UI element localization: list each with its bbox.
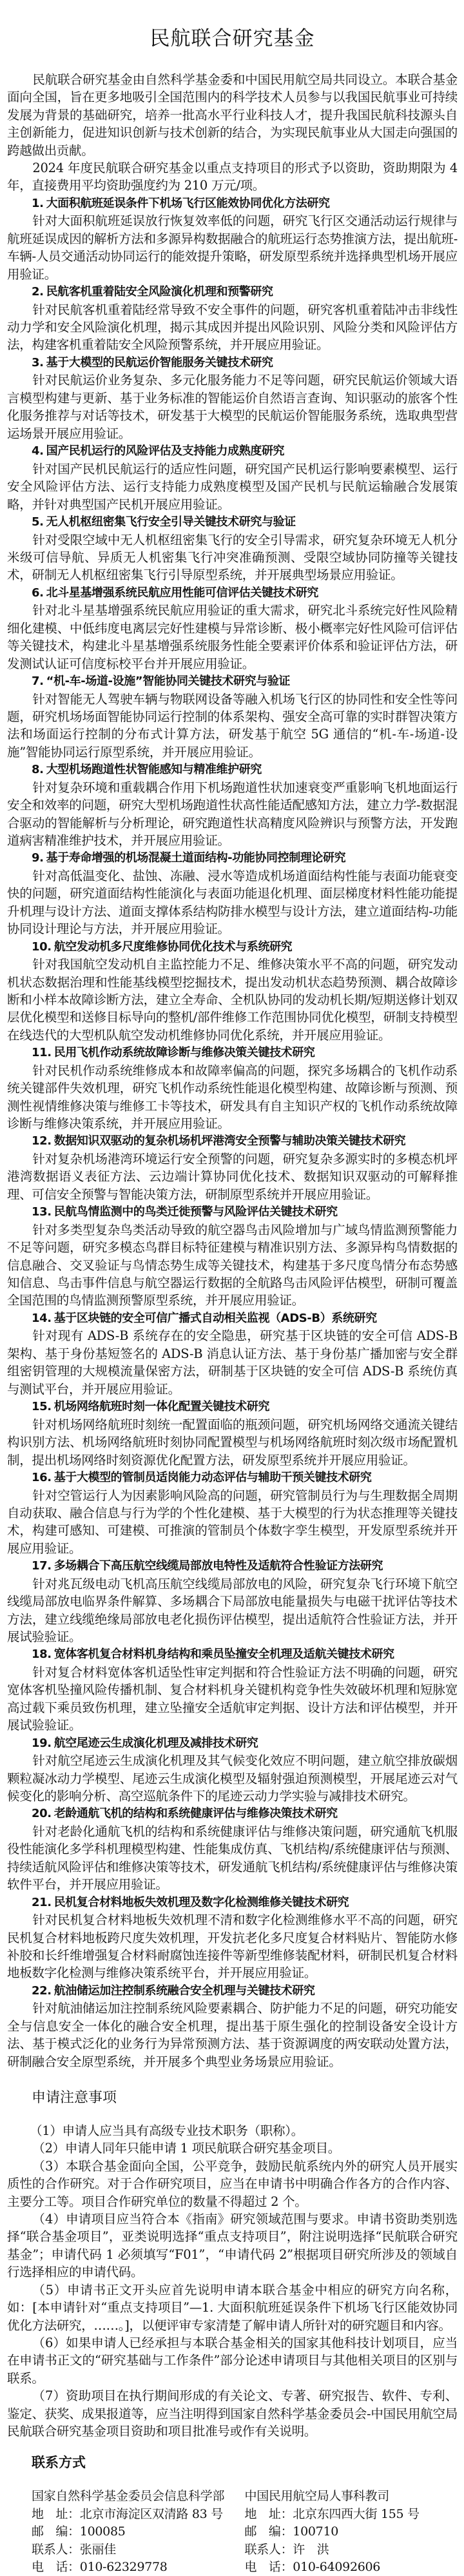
- topic-item: 4.国产民机运行的风险评估及支持能力成熟度研究针对国产民机民航运行的适应性问题，…: [7, 442, 458, 513]
- topic-description: 针对兆瓦级电动飞机高压航空线缆局部放电的风险，研究复杂飞行环境下航空线缆局部放电…: [7, 1575, 458, 1646]
- contact-phone: 电 话：010-64092606: [245, 2559, 458, 2576]
- contact-phone: 电 话：010-62329778: [32, 2559, 245, 2576]
- topic-number: 21.: [32, 1896, 52, 1909]
- topic-title: 7.“机-车-场道-设施”智能协同关键技术研究与验证: [7, 673, 458, 691]
- topic-item: 18.宽体客机复合材料机身结构和乘员坠撞安全机理及适航关键技术研究针对复合材料宽…: [7, 1646, 458, 1734]
- topic-item: 15.机场网络航班时刻一体化配置关键技术研究针对机场网络航班时刻统一配置面临的瓶…: [7, 1398, 458, 1469]
- topic-title-text: “机-车-场道-设施”智能协同关键技术研究与验证: [46, 674, 290, 688]
- topic-title: 22.航油储运加注控制系统融合安全机理与关键技术研究: [7, 1982, 458, 2000]
- topic-item: 6.北斗星基增强系统民航应用性能可信评估关键技术研究针对北斗星基增强系统民航应用…: [7, 584, 458, 673]
- topic-number: 7.: [32, 674, 44, 688]
- topic-title: 14.基于区块链的安全可信广播式自动相关监视（ADS-B）系统研究: [7, 1310, 458, 1328]
- topic-title: 21.民机复合材料地板失效机理及数字化检测维修关键技术研究: [7, 1894, 458, 1912]
- topic-number: 16.: [32, 1471, 52, 1484]
- topic-title-text: 无人机枢纽密集飞行安全引导关键技术研究与验证: [46, 515, 296, 529]
- topic-title: 19.航空尾迹云生成演化机理及减排技术研究: [7, 1735, 458, 1753]
- topic-title-text: 宽体客机复合材料机身结构和乘员坠撞安全机理及适航关键技术研究: [54, 1647, 394, 1661]
- topic-title: 12.数据知识双驱动的复杂机场机坪港湾安全预警与辅助决策关键技术研究: [7, 1132, 458, 1150]
- topic-number: 10.: [32, 940, 52, 954]
- intro-section: 民航联合研究基金由自然科学基金委和中国民用航空局共同设立。本联合基金面向全国，旨…: [7, 71, 458, 195]
- topic-title-text: 基于大模型的管制员适岗能力动态评估与辅助干预关键技术研究: [54, 1471, 372, 1484]
- note-item: （6）如果申请人已经承担与本联合基金相关的国家其他科技计划项目，应当在申请书正文…: [7, 2334, 458, 2387]
- topic-title: 10.航空发动机多尺度维修协同优化技术与系统研究: [7, 938, 458, 956]
- topic-item: 21.民机复合材料地板失效机理及数字化检测维修关键技术研究针对民机复合材料地板失…: [7, 1894, 458, 1982]
- topic-description: 针对机场网络航班时刻统一配置面临的瓶颈问题，研究机场网络交通流关键结构识别方法、…: [7, 1416, 458, 1469]
- topic-item: 3.基于大模型的民航运价智能服务关键技术研究针对民航运价业务复杂、多元化服务能力…: [7, 354, 458, 442]
- topic-number: 6.: [32, 586, 44, 600]
- topic-item: 1.大面积航班延误条件下机场飞行区能效协同优化方法研究针对大面积航班延误放行恢复…: [7, 195, 458, 283]
- topic-list: 1.大面积航班延误条件下机场飞行区能效协同优化方法研究针对大面积航班延误放行恢复…: [7, 195, 458, 2070]
- topic-description: 针对大面积航班延误放行恢复效率低的问题，研究飞行区交通活动运行规律与航班延误成因…: [7, 212, 458, 283]
- topic-description: 针对北斗星基增强系统民航应用验证的重大需求，研究北斗系统完好性风险精细化建模、中…: [7, 602, 458, 673]
- topic-description: 针对空管运行人为因素影响风险高的问题，研究管制员行为与生理数据全周期自动获取、融…: [7, 1487, 458, 1558]
- notes-section: 申请注意事项 （1）申请人应当具有高级专业技术职务（职称）。 （2）申请人同年只…: [7, 2089, 458, 2440]
- note-item: （4）申请项目应当符合本《指南》研究领域范围与要求。申请书资助类别选择“联合基金…: [7, 2210, 458, 2281]
- topic-title-text: 基于大模型的民航运价智能服务关键技术研究: [46, 356, 273, 369]
- topic-title: 18.宽体客机复合材料机身结构和乘员坠撞安全机理及适航关键技术研究: [7, 1646, 458, 1664]
- topic-description: 针对复杂机场港湾环境运行安全预警的问题，研究复杂多源实时的多模态机坪港湾数据语义…: [7, 1150, 458, 1203]
- contact-caac: 中国民用航空局人事科教司 地 址：北京东四西大街 155 号 邮 编：10071…: [245, 2488, 458, 2576]
- topic-title-text: 航空尾迹云生成演化机理及减排技术研究: [54, 1736, 258, 1750]
- topic-title-text: 民航客机重着陆安全风险演化机理和预警研究: [46, 285, 273, 299]
- topic-title: 3.基于大模型的民航运价智能服务关键技术研究: [7, 354, 458, 372]
- topic-item: 9.基于寿命增强的机场混凝土道面结构-功能协同控制理论研究针对高低温变化、盐蚀、…: [7, 849, 458, 938]
- topic-title-text: 航油储运加注控制系统融合安全机理与关键技术研究: [54, 1984, 315, 1998]
- topic-title-text: 民机复合材料地板失效机理及数字化检测维修关键技术研究: [54, 1896, 349, 1909]
- topic-description: 针对智能无人驾驶车辆与物联网设备等融入机场飞行区的协同性和安全性等问题，研究机场…: [7, 691, 458, 762]
- topic-item: 5.无人机枢纽密集飞行安全引导关键技术研究与验证针对受限空域中无人机枢纽密集飞行…: [7, 513, 458, 584]
- topic-number: 2.: [32, 285, 44, 299]
- topic-title-text: 大面积航班延误条件下机场飞行区能效协同优化方法研究: [46, 197, 330, 210]
- topic-item: 7.“机-车-场道-设施”智能协同关键技术研究与验证针对智能无人驾驶车辆与物联网…: [7, 673, 458, 761]
- intro-paragraph: 民航联合研究基金由自然科学基金委和中国民用航空局共同设立。本联合基金面向全国，旨…: [7, 71, 458, 159]
- topic-title: 1.大面积航班延误条件下机场飞行区能效协同优化方法研究: [7, 195, 458, 213]
- note-item: （7）资助项目在执行期间形成的有关论文、专著、研究报告、软件、专利、鉴定、获奖、…: [7, 2387, 458, 2440]
- topic-item: 2.民航客机重着陆安全风险演化机理和预警研究针对民航客机重着陆经常导致不安全事件…: [7, 283, 458, 354]
- topic-description: 针对国产民机民航运行的适应性问题，研究国产民机运行影响要素模型、运行安全风险评估…: [7, 460, 458, 513]
- topic-title: 8.大型机场跑道性状智能感知与精准维护研究: [7, 761, 458, 779]
- document-page: 民航联合研究基金 民航联合研究基金由自然科学基金委和中国民用航空局共同设立。本联…: [0, 0, 464, 2576]
- contact-columns: 国家自然科学基金委员会信息科学部 地 址：北京市海淀区双清路 83 号 邮 编：…: [7, 2488, 458, 2576]
- contact-person: 联系人：许 洪: [245, 2541, 458, 2559]
- notes-heading: 申请注意事项: [7, 2089, 458, 2108]
- topic-item: 13.民航鸟情监测中的鸟类迁徙预警与风险评估关键技术研究针对多类型复杂鸟类活动导…: [7, 1203, 458, 1310]
- topic-title-text: 大型机场跑道性状智能感知与精准维护研究: [46, 763, 262, 776]
- contact-section: 联系方式 国家自然科学基金委员会信息科学部 地 址：北京市海淀区双清路 83 号…: [7, 2453, 458, 2576]
- contact-org: 国家自然科学基金委员会信息科学部: [32, 2488, 245, 2505]
- topic-item: 20.老龄通航飞机的结构和系统健康评估与维修决策技术研究针对老龄化通航飞机的结构…: [7, 1805, 458, 1893]
- topic-title: 13.民航鸟情监测中的鸟类迁徙预警与风险评估关键技术研究: [7, 1203, 458, 1221]
- intro-paragraph: 2024 年度民航联合研究基金以重点支持项目的形式予以资助，资助期限为 4 年，…: [7, 159, 458, 195]
- topic-description: 针对复杂环境和重载耦合作用下机场跑道性状加速衰变严重影响飞机地面运行安全和效率的…: [7, 779, 458, 850]
- topic-number: 4.: [32, 444, 44, 458]
- contact-address: 地 址：北京市海淀区双清路 83 号: [32, 2506, 245, 2523]
- topic-number: 17.: [32, 1559, 52, 1573]
- topic-title-text: 数据知识双驱动的复杂机场机坪港湾安全预警与辅助决策关键技术研究: [54, 1134, 406, 1148]
- contact-org: 中国民用航空局人事科教司: [245, 2488, 458, 2505]
- topic-description: 针对高低温变化、盐蚀、冻融、浸水等造成机场道面结构性能与表面功能衰变快的问题，研…: [7, 867, 458, 938]
- topic-title-text: 机场网络航班时刻一体化配置关键技术研究: [54, 1400, 269, 1413]
- topic-number: 3.: [32, 356, 44, 369]
- topic-item: 19.航空尾迹云生成演化机理及减排技术研究针对航空尾迹云生成演化机理及其气候变化…: [7, 1735, 458, 1805]
- topic-description: 针对航油储运加注控制系统风险要素耦合、防护能力不足的问题，研究功能安全与信息安全…: [7, 2000, 458, 2070]
- topic-title: 6.北斗星基增强系统民航应用性能可信评估关键技术研究: [7, 584, 458, 602]
- topic-title-text: 航空发动机多尺度维修协同优化技术与系统研究: [54, 940, 293, 954]
- topic-number: 22.: [32, 1984, 52, 1998]
- topic-description: 针对复合材料宽体客机适坠性审定判据和符合性验证方法不明确的问题，研究宽体客机坠撞…: [7, 1664, 458, 1735]
- topic-number: 13.: [32, 1205, 52, 1219]
- topic-title-text: 基于区块链的安全可信广播式自动相关监视（ADS-B）系统研究: [54, 1312, 377, 1325]
- topic-description: 针对受限空域中无人机枢纽密集飞行的安全引导需求，研究复杂环境无人机分米级可信导航…: [7, 531, 458, 584]
- topic-number: 11.: [32, 1046, 52, 1059]
- topic-description: 针对民机复合材料地板失效机理不清和数字化检测维修水平不高的问题，研究民机复合材料…: [7, 1911, 458, 1982]
- topic-title-text: 民用飞机作动系统故障诊断与维修决策关键技术研究: [54, 1046, 315, 1059]
- topic-title: 4.国产民机运行的风险评估及支持能力成熟度研究: [7, 442, 458, 460]
- topic-item: 8.大型机场跑道性状智能感知与精准维护研究针对复杂环境和重载耦合作用下机场跑道性…: [7, 761, 458, 849]
- topic-description: 针对现有 ADS-B 系统存在的安全隐患，研究基于区块链的安全可信 ADS-B …: [7, 1327, 458, 1398]
- topic-title-text: 多场耦合下高压航空线缆局部放电特性及适航符合性验证方法研究: [54, 1559, 383, 1573]
- topic-description: 针对老龄化通航飞机的结构和系统健康评估与维修决策问题，研究通航飞机服役性能演化多…: [7, 1823, 458, 1894]
- topic-description: 针对我国航空发动机自主监控能力不足、维修决策水平不高的问题，研究发动机状态数据治…: [7, 956, 458, 1044]
- topic-description: 针对航空尾迹云生成演化机理及其气候变化效应不明问题，建立航空排放碳烟颗粒凝冰动力…: [7, 1752, 458, 1805]
- contact-nsfc: 国家自然科学基金委员会信息科学部 地 址：北京市海淀区双清路 83 号 邮 编：…: [32, 2488, 245, 2576]
- topic-title-text: 老龄通航飞机的结构和系统健康评估与维修决策技术研究: [54, 1807, 338, 1820]
- topic-number: 8.: [32, 763, 44, 776]
- topic-number: 14.: [32, 1312, 52, 1325]
- topic-item: 14.基于区块链的安全可信广播式自动相关监视（ADS-B）系统研究针对现有 AD…: [7, 1310, 458, 1398]
- contact-postcode: 邮 编：100085: [32, 2523, 245, 2541]
- topic-number: 1.: [32, 197, 44, 210]
- contact-heading: 联系方式: [7, 2453, 458, 2472]
- topic-item: 11.民用飞机作动系统故障诊断与维修决策关键技术研究针对民机作动系统维修成本和故…: [7, 1044, 458, 1132]
- topic-item: 16.基于大模型的管制员适岗能力动态评估与辅助干预关键技术研究针对空管运行人为因…: [7, 1469, 458, 1557]
- note-item: （3）本联合基金面向全国，公平竞争，鼓励民航系统内外的研究人员开展实质性的合作研…: [7, 2158, 458, 2210]
- topic-number: 18.: [32, 1647, 52, 1661]
- page-title: 民航联合研究基金: [7, 26, 458, 52]
- note-item: （2）申请人同年只能申请 1 项民航联合研究基金项目。: [7, 2139, 458, 2157]
- topic-number: 19.: [32, 1736, 52, 1750]
- topic-item: 22.航油储运加注控制系统融合安全机理与关键技术研究针对航油储运加注控制系统风险…: [7, 1982, 458, 2070]
- topic-title-text: 基于寿命增强的机场混凝土道面结构-功能协同控制理论研究: [46, 851, 346, 865]
- topic-title-text: 北斗星基增强系统民航应用性能可信评估关键技术研究: [46, 586, 318, 600]
- topic-description: 针对民机作动系统维修成本和故障率偏高的问题，探究多场耦合的飞机作动系统关键部件失…: [7, 1062, 458, 1133]
- topic-title: 5.无人机枢纽密集飞行安全引导关键技术研究与验证: [7, 513, 458, 531]
- topic-item: 10.航空发动机多尺度维修协同优化技术与系统研究针对我国航空发动机自主监控能力不…: [7, 938, 458, 1045]
- topic-description: 针对多类型复杂鸟类活动导致的航空器鸟击风险增加与广域鸟情监测预警能力不足等问题，…: [7, 1221, 458, 1310]
- topic-title-text: 国产民机运行的风险评估及支持能力成熟度研究: [46, 444, 285, 458]
- topic-item: 17.多场耦合下高压航空线缆局部放电特性及适航符合性验证方法研究针对兆瓦级电动飞…: [7, 1557, 458, 1646]
- note-item: （1）申请人应当具有高级专业技术职务（职称）。: [7, 2122, 458, 2139]
- topic-description: 针对民航运价业务复杂、多元化服务能力不足等问题，研究民航运价领域大语言模型构建与…: [7, 371, 458, 442]
- topic-title: 11.民用飞机作动系统故障诊断与维修决策关键技术研究: [7, 1044, 458, 1062]
- topic-number: 12.: [32, 1134, 52, 1148]
- topic-title: 15.机场网络航班时刻一体化配置关键技术研究: [7, 1398, 458, 1416]
- topic-title-text: 民航鸟情监测中的鸟类迁徙预警与风险评估关键技术研究: [54, 1205, 338, 1219]
- topic-number: 15.: [32, 1400, 52, 1413]
- contact-address: 地 址：北京东四西大街 155 号: [245, 2506, 458, 2523]
- topic-number: 20.: [32, 1807, 52, 1820]
- topic-item: 12.数据知识双驱动的复杂机场机坪港湾安全预警与辅助决策关键技术研究针对复杂机场…: [7, 1132, 458, 1203]
- topic-title: 9.基于寿命增强的机场混凝土道面结构-功能协同控制理论研究: [7, 849, 458, 867]
- topic-title: 16.基于大模型的管制员适岗能力动态评估与辅助干预关键技术研究: [7, 1469, 458, 1487]
- topic-description: 针对民航客机重着陆经常导致不安全事件的问题，研究客机重着陆冲击非线性动力学和安全…: [7, 301, 458, 354]
- topic-number: 5.: [32, 515, 44, 529]
- contact-person: 联系人：张丽佳: [32, 2541, 245, 2559]
- topic-title: 17.多场耦合下高压航空线缆局部放电特性及适航符合性验证方法研究: [7, 1557, 458, 1575]
- topic-title: 2.民航客机重着陆安全风险演化机理和预警研究: [7, 283, 458, 301]
- contact-postcode: 邮 编：100710: [245, 2523, 458, 2541]
- note-item: （5）申请书正文开头应首先说明申请本联合基金中相应的研究方向名称，如：[本申请针…: [7, 2281, 458, 2334]
- topic-number: 9.: [32, 851, 44, 865]
- topic-title: 20.老龄通航飞机的结构和系统健康评估与维修决策技术研究: [7, 1805, 458, 1823]
